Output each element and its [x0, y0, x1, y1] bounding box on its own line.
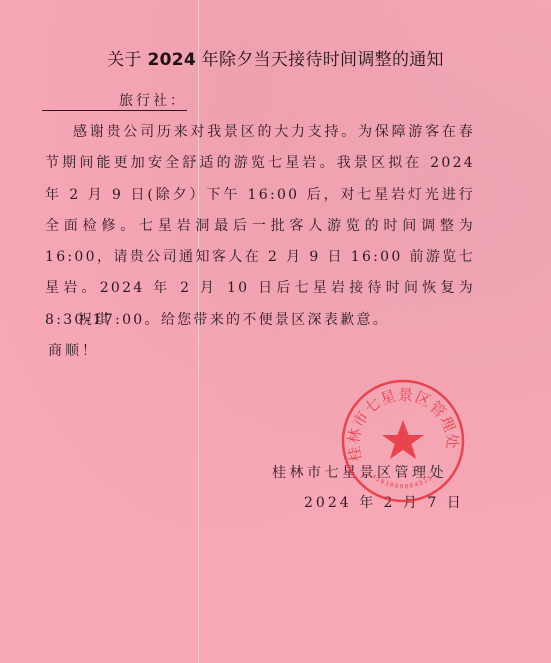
title-suffix: 年除夕当天接待时间调整的通知: [196, 50, 444, 70]
signer-name: 桂林市七星景区管理处: [272, 462, 447, 482]
title-year: 2024: [147, 50, 196, 70]
document-page: 关于 2024 年除夕当天接待时间调整的通知 旅行社： 感谢贵公司历来对我景区的…: [0, 0, 551, 663]
recipient-label: 旅行社：: [119, 90, 187, 110]
body-paragraph: 感谢贵公司历来对我景区的大力支持。为保障游客在春节期间能更加安全舒适的游览七星岩…: [45, 117, 475, 336]
closing-line-2: 商顺！: [48, 340, 99, 360]
recipient-line: 旅行社：: [42, 92, 187, 111]
svg-text:桂林市七星景区管理处: 桂林市七星景区管理处: [344, 386, 461, 463]
title-prefix: 关于: [107, 50, 147, 70]
official-seal-icon: 桂林市七星景区管理处 4503000004315: [340, 378, 466, 504]
document-date: 2024 年 2 月 7 日: [304, 492, 464, 512]
closing-line-1: 祝琪: [78, 309, 112, 329]
body-text: 感谢贵公司历来对我景区的大力支持。为保障游客在春节期间能更加安全舒适的游览七星岩…: [45, 117, 475, 336]
document-title: 关于 2024 年除夕当天接待时间调整的通知: [0, 45, 551, 70]
